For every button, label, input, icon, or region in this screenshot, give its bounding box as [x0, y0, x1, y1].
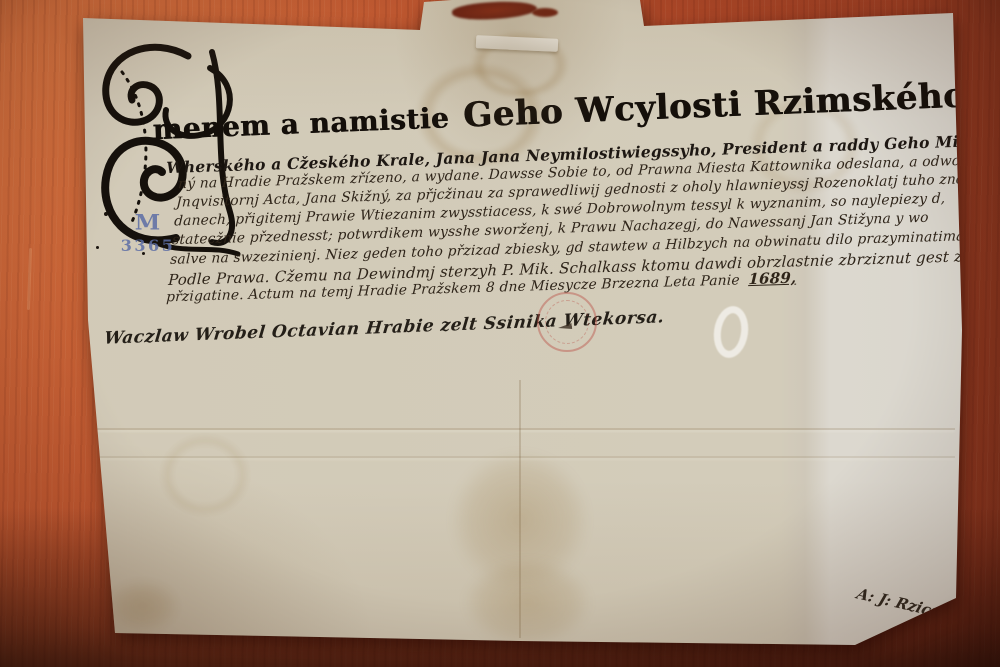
ink-splatter [96, 246, 99, 249]
fold-crease [519, 380, 521, 638]
fold-crease [90, 456, 955, 458]
stain [95, 572, 190, 640]
parchment-wrap: menem a namistie Geho Wcylosti Rzimského… [0, 0, 1000, 667]
watermark-zero [711, 304, 752, 360]
ink-splatter [104, 212, 108, 216]
corner-inscription: A: J: Rziczky [854, 585, 960, 625]
fold-crease [90, 428, 955, 430]
date-1689: 1689, [748, 269, 797, 288]
parchment-document: menem a namistie Geho Wcylosti Rzimského… [0, 0, 1000, 667]
archive-stamp: M 3365 [116, 209, 180, 255]
stain [145, 420, 265, 530]
wax-seal-residue [532, 8, 558, 17]
stain [445, 545, 610, 660]
wax-seal-residue [452, 0, 538, 22]
red-round-stamp [537, 292, 597, 352]
archive-stamp-number: 3365 [116, 236, 180, 255]
archive-stamp-letter: M [116, 210, 180, 235]
